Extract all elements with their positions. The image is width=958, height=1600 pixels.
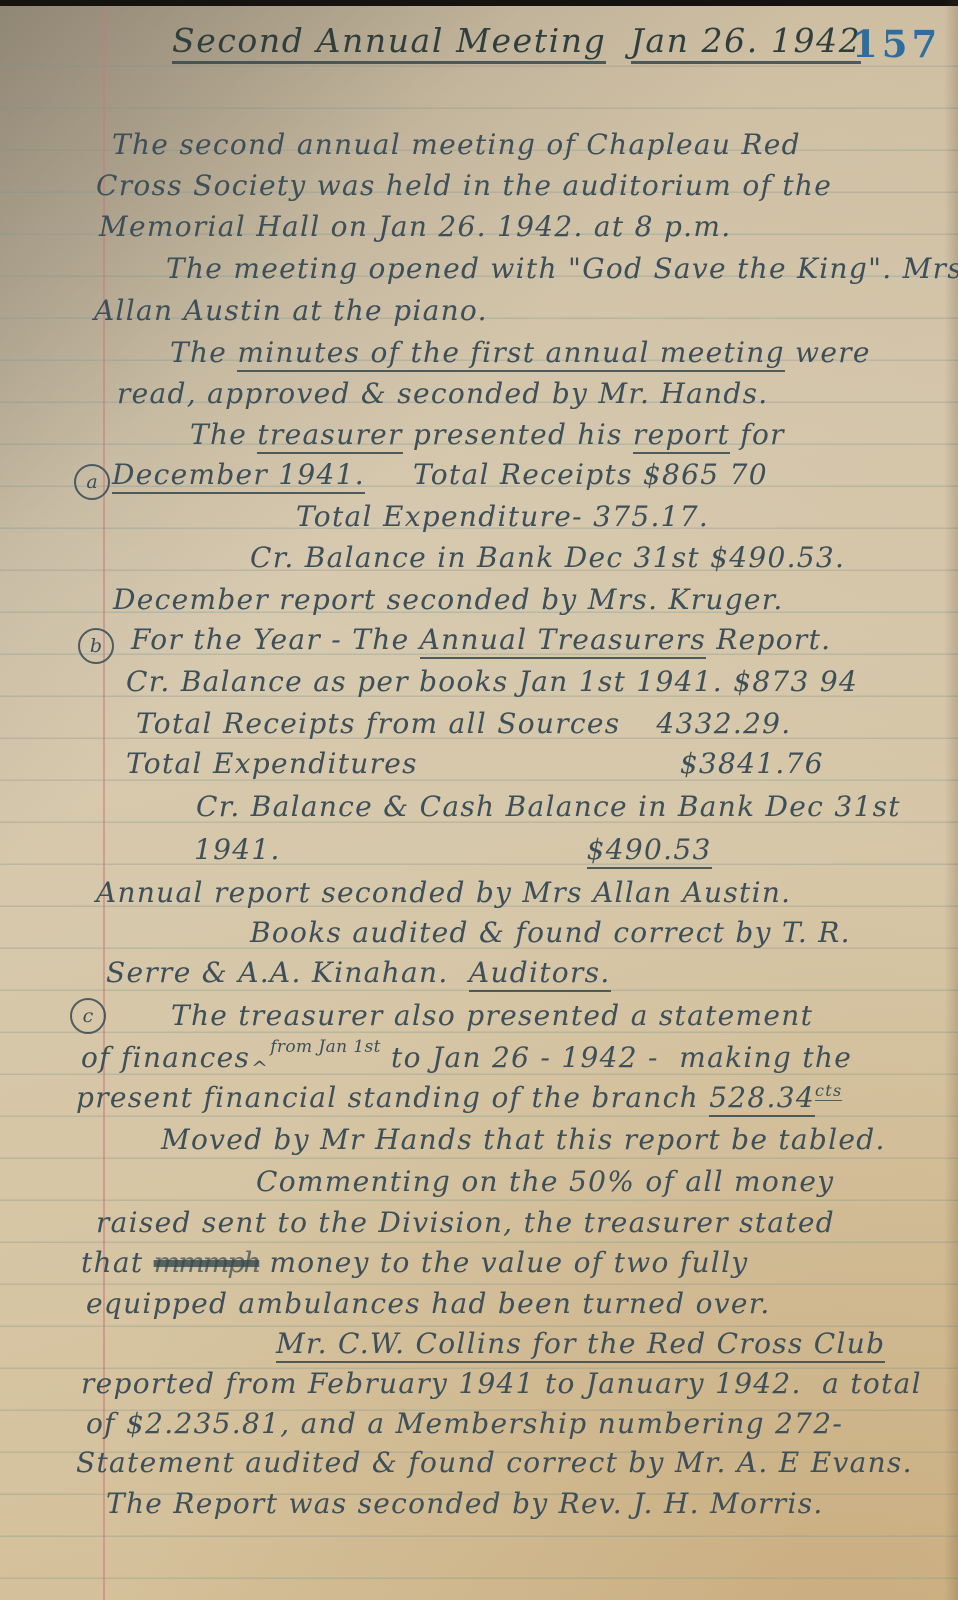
notebook-page: Second Annual Meeting Jan 26. 1942 157 T… bbox=[0, 0, 958, 1600]
line-21-pre: Serre & A.A. Kinahan. bbox=[106, 956, 469, 989]
caret-mark: ^ bbox=[251, 1051, 269, 1085]
line-08-s3: for bbox=[730, 418, 785, 451]
line-11: Cr. Balance in Bank Dec 31st $490.53. bbox=[250, 541, 845, 575]
page-right-edge bbox=[944, 0, 958, 1600]
line-23: of finances^from Jan 1st to Jan 26 - 194… bbox=[81, 1041, 852, 1079]
line-04: The meeting opened with "God Save the Ki… bbox=[166, 252, 958, 286]
line-16-label: Total Expenditures bbox=[126, 747, 418, 780]
margin-line bbox=[103, 8, 105, 1600]
line-24-cents-sup: cts bbox=[815, 1081, 843, 1101]
line-08: The treasurer presented his report for bbox=[190, 418, 785, 452]
line-34: The Report was seconded by Rev. J. H. Mo… bbox=[106, 1487, 824, 1521]
line-01: The second annual meeting of Chapleau Re… bbox=[112, 128, 801, 162]
title-gap bbox=[606, 21, 630, 60]
line-30-underlined: Mr. C.W. Collins for the Red Cross Club bbox=[276, 1327, 885, 1363]
line-13: For the Year - The Annual Treasurers Rep… bbox=[131, 623, 831, 657]
page-number: 157 bbox=[852, 22, 941, 66]
page-heading: Second Annual Meeting Jan 26. 1942 bbox=[172, 24, 861, 58]
line-09-underlined: December 1941. bbox=[112, 458, 365, 494]
line-28-post: money to the value of two fully bbox=[259, 1246, 748, 1279]
line-08-underlined-1: treasurer bbox=[257, 418, 402, 454]
line-18: 1941.$490.53 bbox=[194, 833, 712, 867]
line-16: Total Expenditures$3841.76 bbox=[126, 747, 824, 781]
line-25: Moved by Mr Hands that this report be ta… bbox=[161, 1123, 886, 1157]
line-24-amount: 528.34 bbox=[709, 1081, 815, 1117]
line-16-amount: $3841.76 bbox=[680, 747, 824, 780]
line-33: Statement audited & found correct by Mr.… bbox=[76, 1446, 913, 1480]
line-13-post: Report. bbox=[706, 623, 831, 656]
line-09: December 1941.Total Receipts $865 70 bbox=[112, 458, 768, 492]
line-03: Memorial Hall on Jan 26. 1942. at 8 p.m. bbox=[99, 210, 731, 244]
inserted-note: from Jan 1st bbox=[270, 1030, 381, 1064]
line-18-label: 1941. bbox=[194, 833, 281, 866]
line-32: of $2.235.81, and a Membership numbering… bbox=[86, 1407, 843, 1441]
line-12: December report seconded by Mrs. Kruger. bbox=[113, 583, 784, 617]
line-06-post: were bbox=[785, 336, 871, 369]
line-23-pre: of finances bbox=[81, 1041, 250, 1074]
line-20: Books audited & found correct by T. R. bbox=[250, 916, 851, 950]
line-13-pre: For the Year - The bbox=[131, 623, 420, 656]
line-15: Total Receipts from all Sources4332.29. bbox=[136, 707, 792, 741]
line-21-underlined: Auditors. bbox=[469, 956, 611, 992]
book-top-edge bbox=[0, 0, 958, 6]
line-18-amount: $490.53 bbox=[587, 833, 712, 869]
marker-c: c bbox=[70, 998, 106, 1034]
line-06: The minutes of the first annual meeting … bbox=[170, 336, 871, 370]
line-28: that mmmph money to the value of two ful… bbox=[81, 1246, 748, 1280]
line-19: Annual report seconded by Mrs Allan Aust… bbox=[96, 876, 791, 910]
line-17: Cr. Balance & Cash Balance in Bank Dec 3… bbox=[196, 790, 901, 824]
line-24-pre: present financial standing of the branch bbox=[76, 1081, 709, 1114]
line-22: The treasurer also presented a statement bbox=[171, 999, 813, 1033]
line-26: Commenting on the 50% of all money bbox=[256, 1165, 834, 1199]
line-08-s1: The bbox=[190, 418, 257, 451]
line-23-post: to Jan 26 - 1942 - making the bbox=[381, 1041, 852, 1074]
crossed-out-word: mmmph bbox=[154, 1246, 260, 1279]
line-27: raised sent to the Division, the treasur… bbox=[96, 1206, 835, 1240]
line-06-pre: The bbox=[170, 336, 237, 369]
line-08-s2: presented his bbox=[403, 418, 633, 451]
meeting-title: Second Annual Meeting bbox=[172, 21, 606, 64]
line-08-underlined-2: report bbox=[633, 418, 730, 454]
meeting-date: Jan 26. 1942 bbox=[631, 21, 862, 64]
marker-b: b bbox=[78, 628, 114, 664]
line-28-pre: that bbox=[81, 1246, 154, 1279]
line-06-underlined: minutes of the first annual meeting bbox=[237, 336, 784, 372]
line-15-label: Total Receipts from all Sources bbox=[136, 707, 620, 740]
line-09-receipts: Total Receipts $865 70 bbox=[413, 458, 768, 491]
line-14: Cr. Balance as per books Jan 1st 1941. $… bbox=[126, 665, 858, 699]
line-02: Cross Society was held in the auditorium… bbox=[96, 169, 832, 203]
line-24: present financial standing of the branch… bbox=[76, 1081, 842, 1119]
line-21: Serre & A.A. Kinahan. Auditors. bbox=[106, 956, 611, 990]
marker-a: a bbox=[74, 464, 110, 500]
line-31: reported from February 1941 to January 1… bbox=[81, 1367, 922, 1401]
line-29: equipped ambulances had been turned over… bbox=[86, 1287, 771, 1321]
line-13-underlined: Annual Treasurers bbox=[420, 623, 706, 659]
line-07: read, approved & seconded by Mr. Hands. bbox=[117, 377, 768, 411]
line-30: Mr. C.W. Collins for the Red Cross Club bbox=[276, 1327, 885, 1361]
line-15-amount: 4332.29. bbox=[656, 707, 791, 740]
line-10: Total Expenditure- 375.17. bbox=[296, 500, 709, 534]
line-05: Allan Austin at the piano. bbox=[94, 294, 488, 328]
